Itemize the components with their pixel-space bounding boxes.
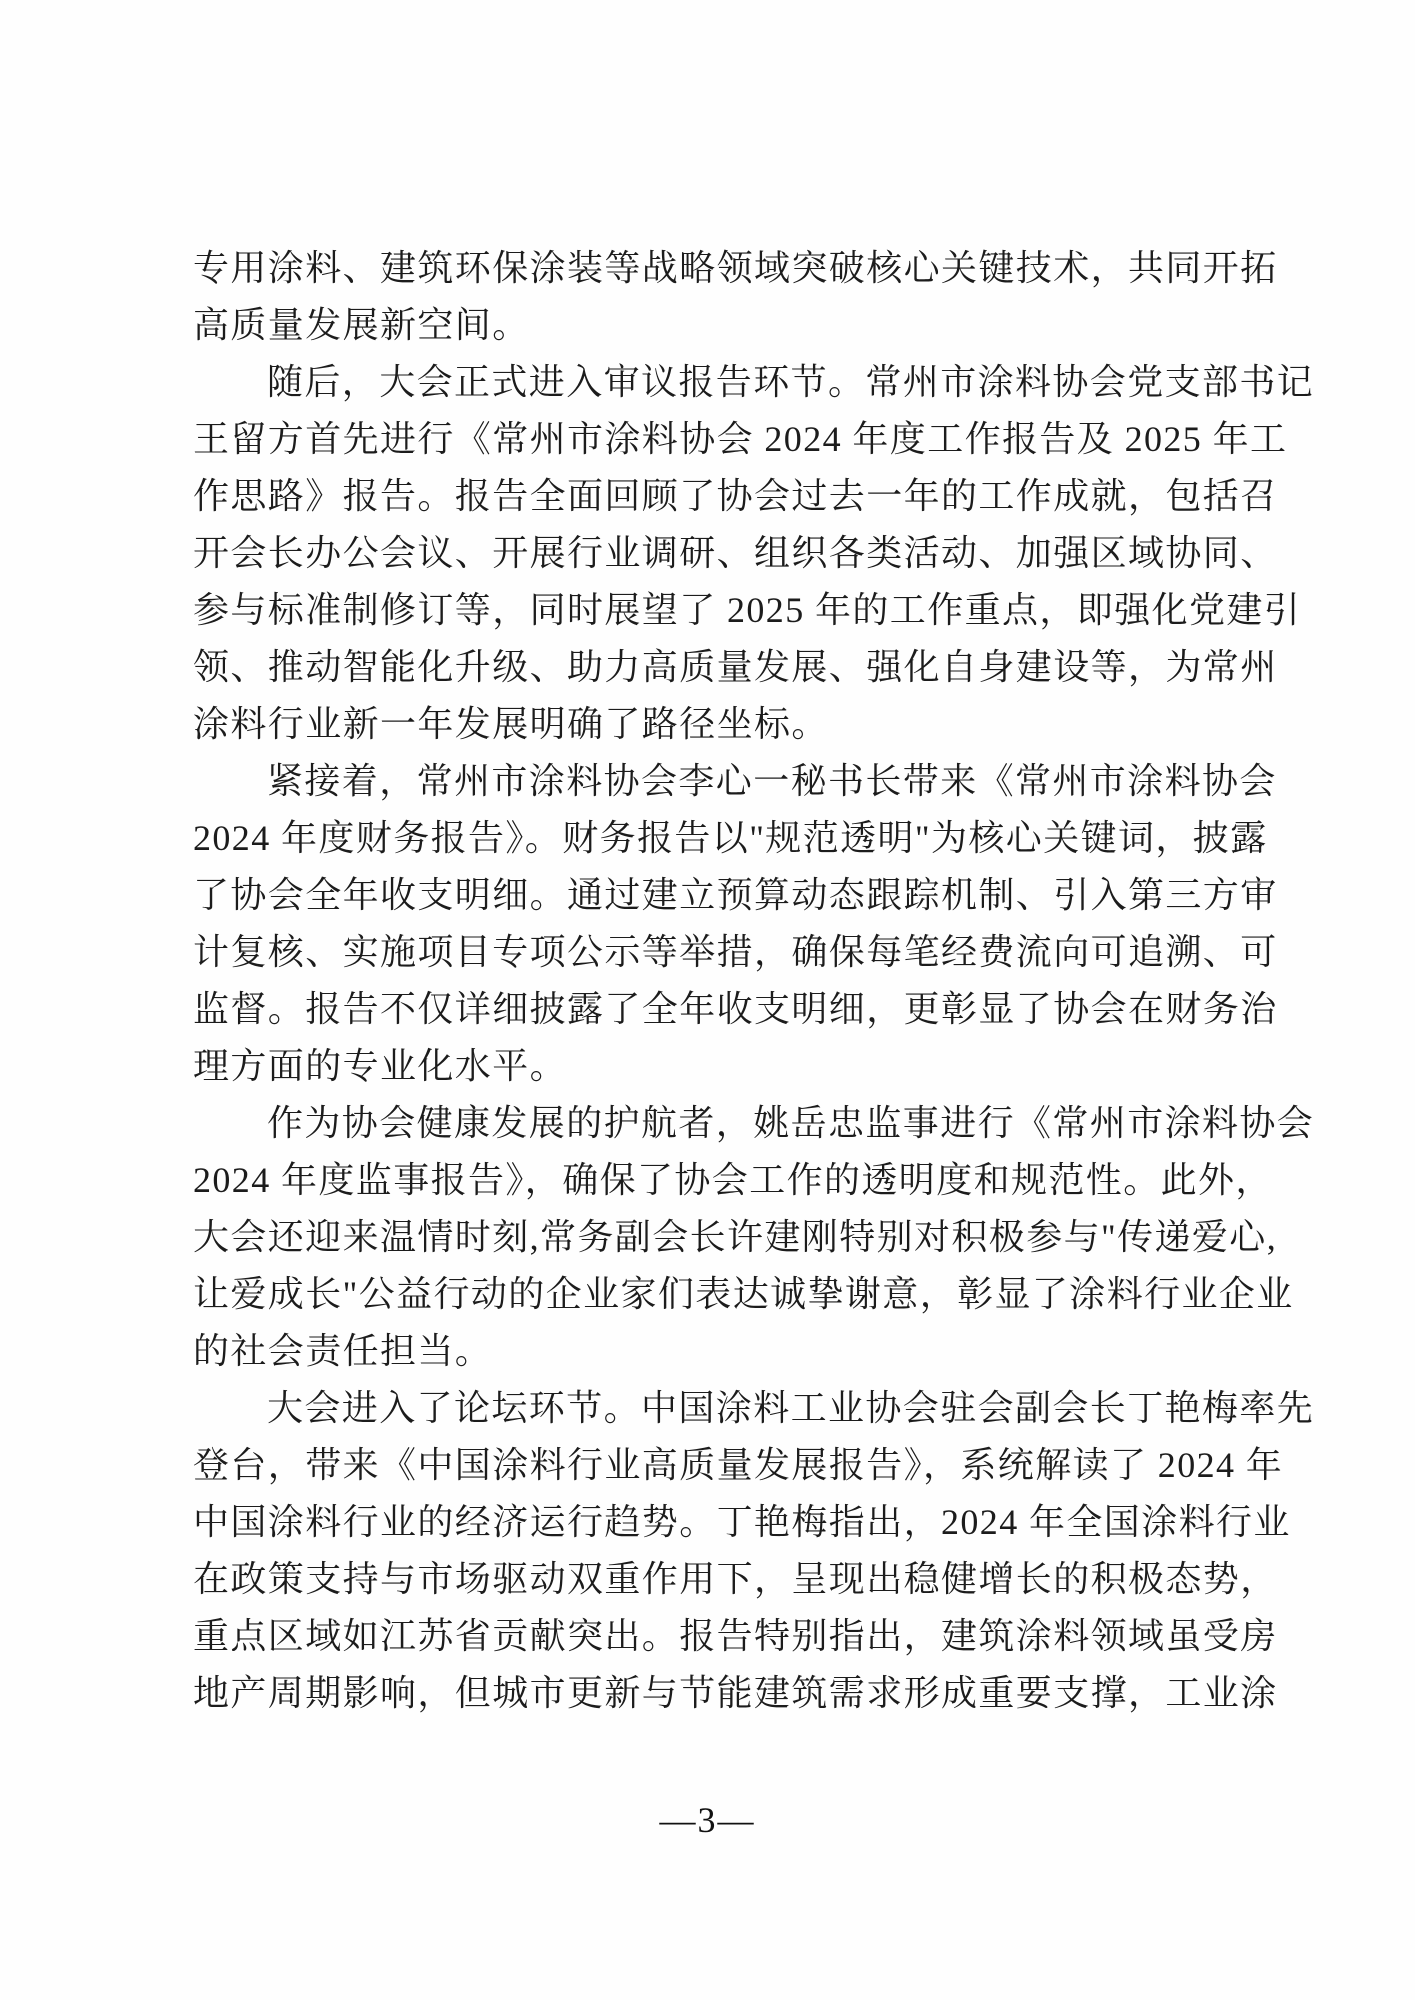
text-line: 计复核、实施项目专项公示等举措，确保每笔经费流向可追溯、可 — [193, 924, 1323, 981]
document-page: 专用涂料、建筑环保涂装等战略领域突破核心关键技术，共同开拓 高质量发展新空间。 … — [0, 0, 1415, 2000]
text-line: 的社会责任担当。 — [193, 1323, 1323, 1380]
text-line: 中国涂料行业的经济运行趋势。丁艳梅指出，2024 年全国涂料行业 — [193, 1494, 1323, 1551]
document-body: 专用涂料、建筑环保涂装等战略领域突破核心关键技术，共同开拓 高质量发展新空间。 … — [193, 240, 1323, 1722]
text-line-paragraph-start: 紧接着，常州市涂料协会李心一秘书长带来《常州市涂料协会 — [193, 753, 1323, 810]
text-line: 高质量发展新空间。 — [193, 297, 1323, 354]
text-line: 监督。报告不仅详细披露了全年收支明细，更彰显了协会在财务治 — [193, 981, 1323, 1038]
text-line-paragraph-start: 随后，大会正式进入审议报告环节。常州市涂料协会党支部书记 — [193, 354, 1323, 411]
text-line: 理方面的专业化水平。 — [193, 1038, 1323, 1095]
text-line: 开会长办公会议、开展行业调研、组织各类活动、加强区域协同、 — [193, 525, 1323, 582]
text-line: 参与标准制修订等，同时展望了 2025 年的工作重点，即强化党建引 — [193, 582, 1323, 639]
page-number: —3— — [0, 1799, 1415, 1841]
text-line: 作思路》报告。报告全面回顾了协会过去一年的工作成就，包括召 — [193, 468, 1323, 525]
text-line: 登台，带来《中国涂料行业高质量发展报告》，系统解读了 2024 年 — [193, 1437, 1323, 1494]
text-line: 重点区域如江苏省贡献突出。报告特别指出，建筑涂料领域虽受房 — [193, 1608, 1323, 1665]
text-line: 2024 年度监事报告》，确保了协会工作的透明度和规范性。此外， — [193, 1152, 1323, 1209]
text-line: 大会还迎来温情时刻,常务副会长许建刚特别对积极参与"传递爱心, — [193, 1209, 1323, 1266]
text-line-paragraph-start: 大会进入了论坛环节。中国涂料工业协会驻会副会长丁艳梅率先 — [193, 1380, 1323, 1437]
text-line: 地产周期影响，但城市更新与节能建筑需求形成重要支撑，工业涂 — [193, 1665, 1323, 1722]
text-line: 领、推动智能化升级、助力高质量发展、强化自身建设等，为常州 — [193, 639, 1323, 696]
text-line: 2024 年度财务报告》。财务报告以"规范透明"为核心关键词，披露 — [193, 810, 1323, 867]
text-line: 了协会全年收支明细。通过建立预算动态跟踪机制、引入第三方审 — [193, 867, 1323, 924]
text-line: 在政策支持与市场驱动双重作用下，呈现出稳健增长的积极态势， — [193, 1551, 1323, 1608]
text-line: 专用涂料、建筑环保涂装等战略领域突破核心关键技术，共同开拓 — [193, 240, 1323, 297]
text-line: 涂料行业新一年发展明确了路径坐标。 — [193, 696, 1323, 753]
text-line-paragraph-start: 作为协会健康发展的护航者，姚岳忠监事进行《常州市涂料协会 — [193, 1095, 1323, 1152]
text-line: 王留方首先进行《常州市涂料协会 2024 年度工作报告及 2025 年工 — [193, 411, 1323, 468]
text-line: 让爱成长"公益行动的企业家们表达诚挚谢意，彰显了涂料行业企业 — [193, 1266, 1323, 1323]
